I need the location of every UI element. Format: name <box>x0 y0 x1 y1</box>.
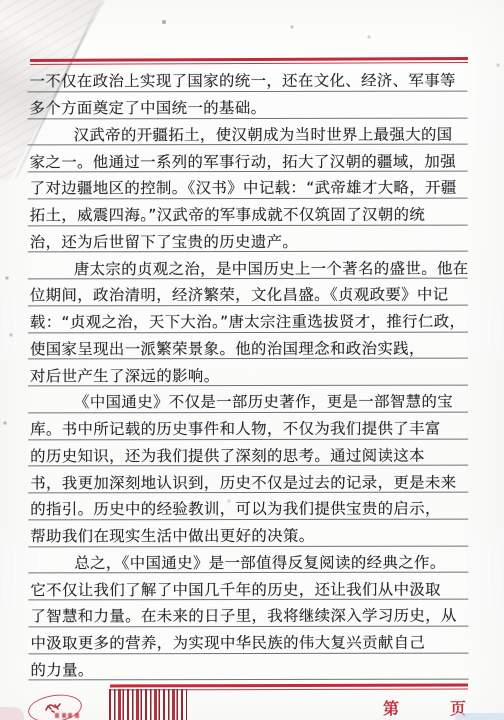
handwritten-line: 治，还为后世留下了宝贵的历史遗产。 <box>28 225 468 253</box>
barcode-icon <box>109 689 187 720</box>
handwritten-text: 的力量。 <box>31 663 94 679</box>
handwritten-text: 位期间，政治清明，经济繁荣，文化昌盛。《贞观政要》中记 <box>30 288 449 304</box>
handwritten-line: 《中国通史》不仅是一部历史著作，更是一部智慧的宝 <box>28 386 468 414</box>
handwritten-text: 使国家呈现出一派繁荣景象。他的治国理念和政治实践， <box>30 342 425 358</box>
brand-stamp-icon <box>28 693 108 720</box>
handwritten-text: 总之，《中国通史》是一部值得反复阅读的经典之作。 <box>74 555 445 571</box>
handwritten-line: 中汲取更多的营养，为实现中华民族的伟大复兴贡献自己 <box>28 626 468 654</box>
handwritten-line: 多个方面奠定了中国统一的基础。 <box>28 91 468 119</box>
handwritten-line: 库。书中所记载的历史事件和人物，不仅为我们提供了丰富 <box>28 412 468 440</box>
handwritten-line: 拓土，威震四海。”汉武帝的军事成就不仅筑固了汉朝的统 <box>28 198 468 226</box>
handwritten-text: 对后世产生了深远的影响。 <box>30 369 220 385</box>
handwriting-area: 一不仅在政治上实现了国家的统一，还在文化、经济、军事等 多个方面奠定了中国统一的… <box>27 65 468 681</box>
handwritten-text: 库。书中所记载的历史事件和人物，不仅为我们提供了丰富 <box>30 422 441 438</box>
handwritten-text: 拓土，威震四海。”汉武帝的军事成就不仅筑固了汉朝的统 <box>30 208 425 224</box>
handwritten-line: 一不仅在政治上实现了国家的统一，还在文化、经济、军事等 <box>27 65 467 93</box>
handwritten-text: 中汲取更多的营养，为实现中华民族的伟大复兴贡献自己 <box>30 636 425 652</box>
handwritten-line: 家之一。他通过一系列的军事行动，拓大了汉朝的疆域，加强 <box>28 145 468 173</box>
handwritten-text: 治，还为后世留下了宝贵的历史遗产。 <box>30 235 298 251</box>
handwritten-line: 的力量。 <box>28 653 468 681</box>
handwritten-line: 总之，《中国通史》是一部值得反复阅读的经典之作。 <box>28 546 468 574</box>
handwritten-line: 唐太宗的贞观之治，是中国历史上一个著名的盛世。他在 <box>28 252 468 280</box>
handwritten-text: 的历史知识，还为我们提供了深刻的思考。通过阅读这本 <box>30 449 425 465</box>
handwritten-line: 载：“贞观之治，天下大治。”唐太宗注重选拔贤才，推行仁政， <box>28 305 468 333</box>
handwritten-text: 汉武帝的开疆拓土，使汉朝成为当时世界上最强大的国 <box>74 127 453 143</box>
stamp-caption-marks <box>55 713 79 718</box>
handwritten-text: 载：“贞观之治，天下大治。”唐太宗注重选拔贤才，推行仁政， <box>30 315 465 331</box>
page-label-prefix: 第 <box>383 696 400 719</box>
handwritten-text: 它不仅让我们了解了中国几千年的历史，还让我们从中汲取 <box>30 582 441 598</box>
handwritten-line: 了对边疆地区的控制。《汉书》中记载：“武帝雄才大略，开疆 <box>28 172 468 200</box>
stamp-mascot-icon <box>42 700 64 714</box>
handwritten-line: 了智慧和力量。在未来的日子里，我将继续深入学习历史，从 <box>28 600 468 628</box>
handwritten-text: 《中国通史》不仅是一部历史著作，更是一部智慧的宝 <box>74 395 453 411</box>
handwritten-text: 多个方面奠定了中国统一的基础。 <box>30 101 267 117</box>
handwritten-text: 的指引。历史中的经验教训，可以为我们提供宝贵的启示， <box>30 502 441 518</box>
bottom-right-scan-smudge <box>455 713 504 720</box>
bottom-left-scan-tint <box>0 707 24 720</box>
handwritten-text: 了对边疆地区的控制。《汉书》中记载：“武帝雄才大略，开疆 <box>30 181 457 197</box>
handwritten-text: 帮助我们在现实生活中做出更好的决策。 <box>30 529 314 545</box>
handwritten-text: 唐太宗的贞观之治，是中国历史上一个著名的盛世。他在 <box>74 261 469 277</box>
scan-dust-specks <box>0 0 2 2</box>
handwritten-text: 家之一。他通过一系列的军事行动，拓大了汉朝的疆域，加强 <box>30 154 456 170</box>
handwritten-line: 的指引。历史中的经验教训，可以为我们提供宝贵的启示， <box>28 493 468 521</box>
handwritten-line: 的历史知识，还为我们提供了深刻的思考。通过阅读这本 <box>28 439 468 467</box>
handwritten-line: 汉武帝的开疆拓土，使汉朝成为当时世界上最强大的国 <box>28 118 468 146</box>
handwritten-text: 一不仅在政治上实现了国家的统一，还在文化、经济、军事等 <box>29 74 455 90</box>
handwritten-line: 使国家呈现出一派繁荣景象。他的治国理念和政治实践， <box>28 332 468 360</box>
handwritten-text: 书，我更加深刻地认识到，历史不仅是过去的记录，更是未来 <box>30 475 456 491</box>
handwritten-text: 了智慧和力量。在未来的日子里，我将继续深入学习历史，从 <box>30 609 456 625</box>
handwritten-line: 帮助我们在现实生活中做出更好的决策。 <box>28 519 468 547</box>
handwritten-line: 对后世产生了深远的影响。 <box>28 359 468 387</box>
handwritten-line: 位期间，政治清明，经济繁荣，文化昌盛。《贞观政要》中记 <box>28 279 468 307</box>
handwritten-line: 它不仅让我们了解了中国几千年的历史，还让我们从中汲取 <box>28 573 468 601</box>
handwritten-line: 书，我更加深刻地认识到，历史不仅是过去的记录，更是未来 <box>28 466 468 494</box>
